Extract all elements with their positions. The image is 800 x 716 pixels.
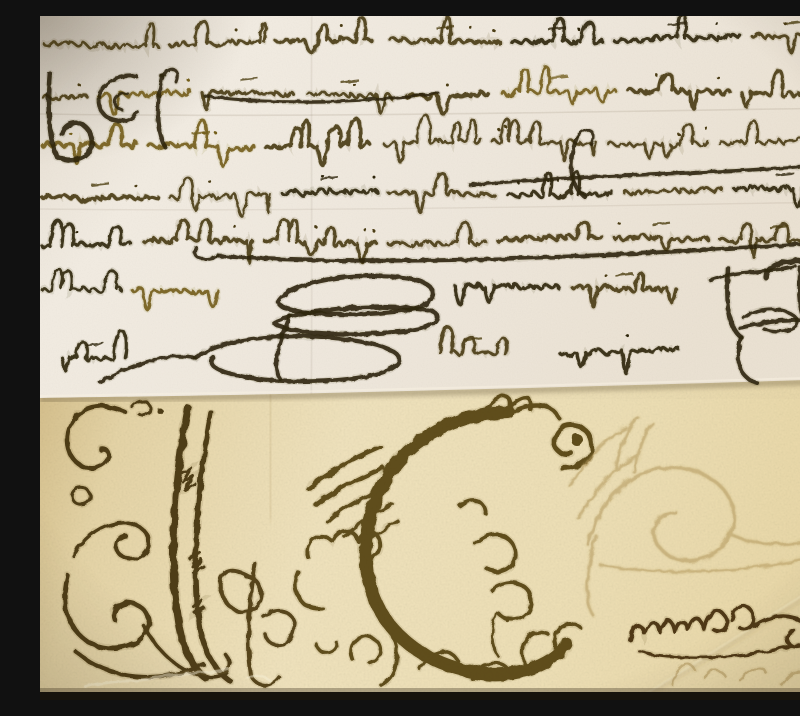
- photo-bottom-edge: [40, 692, 800, 700]
- manuscript-canvas: [40, 16, 800, 700]
- photo-vignette: [40, 16, 800, 700]
- manuscript-photo: Close-up photograph of two overlapping h…: [40, 16, 800, 700]
